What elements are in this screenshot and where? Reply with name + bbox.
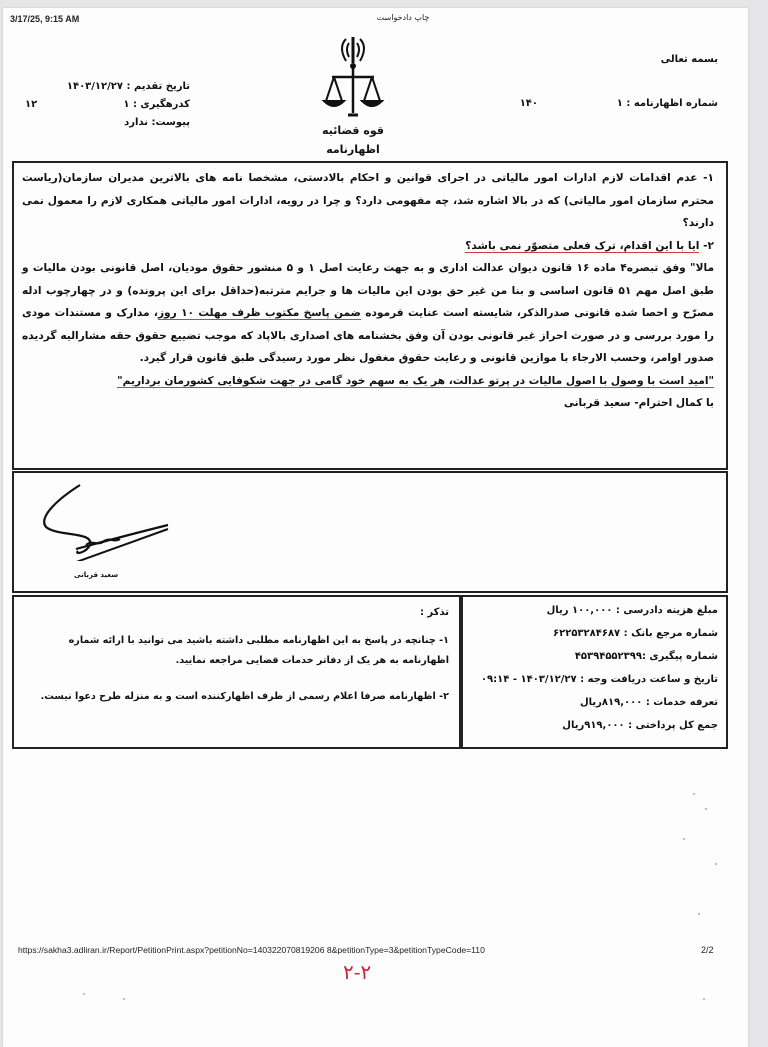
submission-date: تاریخ تقدیم : ۱۴۰۳/۱۲/۲۷ — [67, 81, 190, 92]
payment-box: مبلغ هزینه دادرسی : ۱۰۰,۰۰۰ ریال شماره م… — [461, 595, 728, 749]
bank-reference-number: شماره مرجع بانک : ۶۲۲۵۳۲۸۴۶۸۷ — [553, 628, 718, 639]
service-fee: تعرفه خدمات : ۸۱۹,۰۰۰ریال — [580, 697, 718, 708]
court-fee: مبلغ هزینه دادرسی : ۱۰۰,۰۰۰ ریال — [547, 605, 718, 616]
organization-name: قوه قضائیه — [303, 124, 403, 137]
notice-body-text: ۱- عدم اقدامات لازم ادارات امور مالیاتی … — [22, 167, 714, 415]
judiciary-emblem-icon — [318, 33, 388, 123]
print-timestamp: 3/17/25, 9:15 AM — [10, 14, 79, 24]
closing-quote-line: "امید است با وصول با اصول مالیات در پرتو… — [22, 370, 714, 393]
total-paid: جمع کل پرداختی : ۹۱۹,۰۰۰ریال — [562, 720, 718, 731]
handwritten-note: ۲-۲ — [343, 960, 371, 984]
paragraph-1: ۱- عدم اقدامات لازم ادارات امور مالیاتی … — [22, 167, 714, 235]
note-item-1: ۱- چنانچه در پاسخ به این اظهارنامه مطلبی… — [24, 631, 449, 671]
paragraph-3-underlined: ضمن پاسخ مکتوب ظرف مهلت ۱۰ روز — [158, 307, 361, 320]
signature-image — [28, 481, 178, 561]
print-url: https://sakha3.adliran.ir/Report/Petitio… — [18, 945, 485, 955]
question-2-prefix: ۲- — [699, 240, 714, 252]
notice-body-box: ۱- عدم اقدامات لازم ادارات امور مالیاتی … — [12, 161, 728, 470]
question-2: ۲- ایا با این اقدام، ترک فعلی متصوّر نمی… — [22, 235, 714, 258]
notice-number-label: شماره اظهارنامه : ۱ — [617, 98, 718, 109]
payment-datetime: تاریخ و ساعت دریافت وجه : ۱۴۰۳/۱۲/۲۷ - ۰… — [481, 674, 718, 685]
question-2-underlined: ایا با این اقدام، ترک فعلی متصوّر نمی با… — [465, 240, 699, 253]
attachment: پیوست: ندارد — [124, 117, 190, 128]
regards: با کمال احترام- سعید قربانی — [22, 392, 714, 415]
print-title: چاپ دادخواست — [343, 13, 463, 22]
tracking-code-end: ۱۲ — [25, 99, 37, 110]
notes-title: تذکر : — [420, 607, 449, 618]
signer-name: سعید قربانی — [74, 571, 118, 579]
note-item-2: ۲- اظهارنامه صرفا اعلام رسمی از طرف اظها… — [24, 687, 449, 707]
document-page: 3/17/25, 9:15 AM چاپ دادخواست بسمه تعالی… — [3, 8, 748, 1047]
notice-number-value: ۱۴۰ — [520, 98, 538, 109]
bismillah: بسمه تعالی — [661, 54, 718, 65]
paragraph-3: مالا" وفق تبصره۴ ماده ۱۶ قانون دیوان عدا… — [22, 257, 714, 370]
signature-box: سعید قربانی — [12, 471, 728, 593]
page-indicator: 2/2 — [701, 945, 714, 955]
document-title: اظهارنامه — [303, 143, 403, 156]
closing-quote: "امید است با وصول با اصول مالیات در پرتو… — [117, 375, 714, 388]
follow-up-number: شماره پیگیری :۴۵۳۹۴۵۵۲۳۹۹ — [575, 651, 718, 662]
tracking-code: کدرهگیری : ۱ — [123, 99, 190, 110]
notes-box: تذکر : ۱- چنانچه در پاسخ به این اظهارنام… — [12, 595, 461, 749]
